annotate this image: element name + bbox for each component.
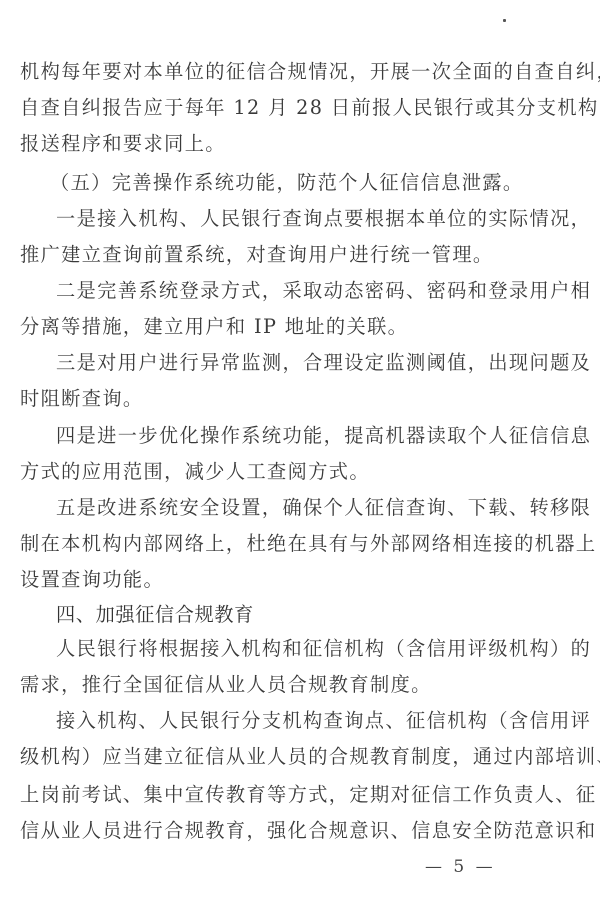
text-line: 人民银行将根据接入机构和征信机构（含信用评级机构）的: [56, 637, 580, 661]
text-line: 二是完善系统登录方式，采取动态密码、密码和登录用户相: [56, 279, 580, 303]
text-line: 报送程序和要求同上。: [20, 132, 580, 156]
text-line: 分离等措施，建立用户和 IP 地址的关联。: [20, 315, 580, 339]
section-subheading: （五）完善操作系统功能，防范个人征信信息泄露。: [50, 171, 574, 195]
scan-speck: [503, 19, 506, 22]
text-line: 自查自纠报告应于每年 12 月 28 日前报人民银行或其分支机构，: [20, 96, 580, 120]
page-number: — 5 —: [425, 857, 496, 877]
text-line: 时阻断查询。: [20, 387, 580, 411]
text-line: 三是对用户进行异常监测，合理设定监测阈值，出现问题及: [56, 351, 580, 375]
text-line: 机构每年要对本单位的征信合规情况，开展一次全面的自查自纠，: [20, 60, 580, 84]
text-line: 一是接入机构、人民银行查询点要根据本单位的实际情况，: [56, 207, 580, 231]
text-line: 接入机构、人民银行分支机构查询点、征信机构（含信用评: [56, 709, 580, 733]
text-line: 制在本机构内部网络上，杜绝在具有与外部网络相连接的机器上: [20, 532, 580, 556]
text-line: 四是进一步优化操作系统功能，提高机器读取个人征信信息: [56, 424, 580, 448]
text-line: 设置查询功能。: [20, 568, 580, 592]
text-line: 级机构）应当建立征信从业人员的合规教育制度，通过内部培训、: [20, 745, 580, 769]
text-line: 信从业人员进行合规教育，强化合规意识、信息安全防范意识和: [20, 819, 580, 843]
text-line: 方式的应用范围，减少人工查阅方式。: [20, 460, 580, 484]
text-line: 五是改进系统安全设置，确保个人征信查询、下载、转移限: [56, 496, 580, 520]
text-line: 上岗前考试、集中宣传教育等方式，定期对征信工作负责人、征: [20, 783, 580, 807]
section-heading: 四、加强征信合规教育: [56, 603, 580, 627]
text-line: 需求，推行全国征信从业人员合规教育制度。: [20, 673, 580, 697]
document-page: 机构每年要对本单位的征信合规情况，开展一次全面的自查自纠， 自查自纠报告应于每年…: [0, 0, 600, 900]
text-line: 推广建立查询前置系统，对查询用户进行统一管理。: [20, 243, 580, 267]
